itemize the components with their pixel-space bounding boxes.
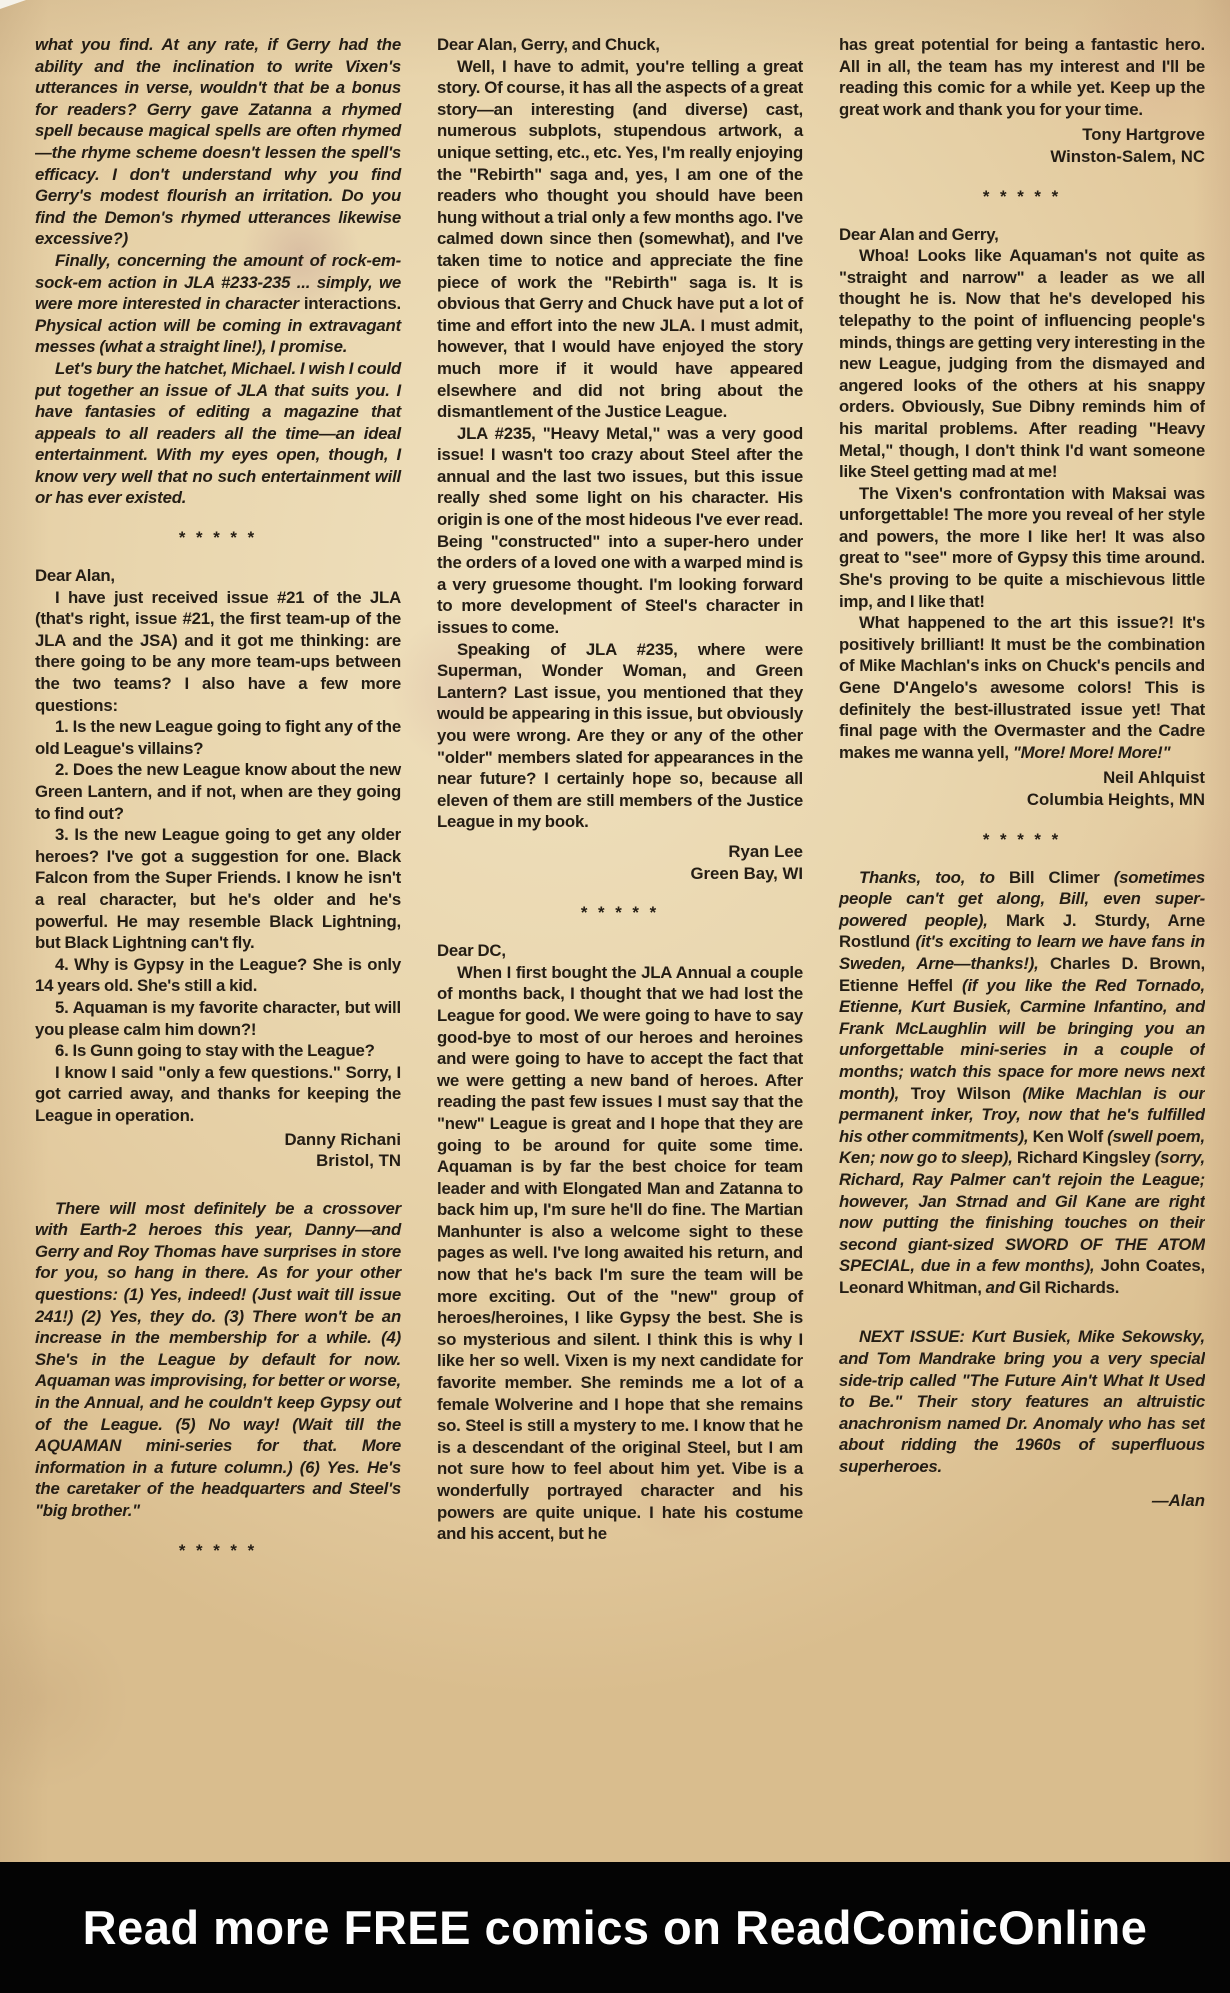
signature-line: Bristol, TN [35,1150,401,1172]
letter-signature: Danny RichaniBristol, TN [35,1129,401,1172]
letter-paragraph: NEXT ISSUE: Kurt Busiek, Mike Sekowsky, … [839,1326,1205,1477]
signature-line: Tony Hartgrove [839,124,1205,146]
letter-paragraph: 5. Aquaman is my favorite character, but… [35,997,401,1040]
watermark-banner: Read more FREE comics on ReadComicOnline [0,1862,1230,1993]
letter-paragraph: 1. Is the new League going to fight any … [35,716,401,759]
letter-paragraph: Speaking of JLA #235, where were Superma… [437,639,803,833]
letter-signature: Tony HartgroveWinston-Salem, NC [839,124,1205,167]
text-run: Ken Wolf [1033,1127,1103,1146]
letter-paragraph: Dear DC, [437,940,803,962]
page-corner-tear [0,0,26,9]
text-run: "More! More! More!" [1013,743,1170,762]
letter-paragraph: Dear Alan and Gerry, [839,224,1205,246]
watermark-text: Read more FREE comics on ReadComicOnline [83,1900,1148,1955]
signature-line: Winston-Salem, NC [839,146,1205,168]
text-run: Richard Kingsley [1017,1148,1151,1167]
column-2: Dear Alan, Gerry, and Chuck,Well, I have… [437,34,803,1856]
text-run: Bill Climer [1009,868,1100,887]
text-run: Gil Richards. [1019,1278,1119,1297]
letters-columns: what you find. At any rate, if Gerry had… [35,34,1205,1856]
letter-paragraph: 3. Is the new League going to get any ol… [35,824,401,954]
text-run: Kurt Busiek, Mike Sekowsky, and Tom Mand… [839,1327,1205,1476]
letter-paragraph: Well, I have to admit, you're telling a … [437,56,803,423]
column-3: has great potential for being a fantasti… [839,34,1205,1856]
signature-line: Columbia Heights, MN [839,789,1205,811]
signature-line: Danny Richani [35,1129,401,1151]
letter-paragraph: JLA #235, "Heavy Metal," was a very good… [437,423,803,639]
text-run: Thanks, too, to [859,868,1009,887]
signature-line: Green Bay, WI [437,863,803,885]
letter-signature: —Alan [839,1490,1205,1512]
letter-separator: * * * * * [839,830,1205,850]
letter-separator: * * * * * [437,903,803,923]
letter-separator: * * * * * [839,187,1205,207]
letter-paragraph: There will most definitely be a crossove… [35,1198,401,1522]
letter-paragraph: 4. Why is Gypsy in the League? She is on… [35,954,401,997]
letter-paragraph: Dear Alan, [35,565,401,587]
letter-paragraph: 6. Is Gunn going to stay with the League… [35,1040,401,1062]
letter-paragraph: has great potential for being a fantasti… [839,34,1205,120]
letter-paragraph: Whoa! Looks like Aquaman's not quite as … [839,245,1205,483]
letter-separator: * * * * * [35,528,401,548]
letter-paragraph: Let's bury the hatchet, Michael. I wish … [35,358,401,509]
letter-paragraph: When I first bought the JLA Annual a cou… [437,962,803,1545]
letter-signature: Ryan LeeGreen Bay, WI [437,841,803,884]
letter-paragraph: Finally, concerning the amount of rock-e… [35,250,401,358]
letter-paragraph: The Vixen's confrontation with Maksai wa… [839,483,1205,613]
comic-letters-page: what you find. At any rate, if Gerry had… [0,0,1230,1993]
text-run: interactions. [304,294,401,313]
letter-paragraph: what you find. At any rate, if Gerry had… [35,34,401,250]
signature-line: Ryan Lee [437,841,803,863]
letter-signature: Neil AhlquistColumbia Heights, MN [839,767,1205,810]
text-run: NEXT ISSUE: [859,1327,972,1346]
letter-paragraph: What happened to the art this issue?! It… [839,612,1205,763]
signature-line: —Alan [839,1490,1205,1512]
column-1: what you find. At any rate, if Gerry had… [35,34,401,1856]
letter-paragraph: I have just received issue #21 of the JL… [35,587,401,717]
letter-paragraph: Thanks, too, to Bill Climer (sometimes p… [839,867,1205,1299]
letter-paragraph: Dear Alan, Gerry, and Chuck, [437,34,803,56]
letter-separator: * * * * * [35,1541,401,1561]
text-run: Physical action will be coming in extrav… [35,316,401,357]
signature-line: Neil Ahlquist [839,767,1205,789]
text-run: and [982,1278,1019,1297]
letter-paragraph: 2. Does the new League know about the ne… [35,759,401,824]
letter-paragraph: I know I said "only a few questions." So… [35,1062,401,1127]
text-run: What happened to the art this issue?! It… [839,613,1205,762]
text-run: Troy Wilson [911,1084,1011,1103]
